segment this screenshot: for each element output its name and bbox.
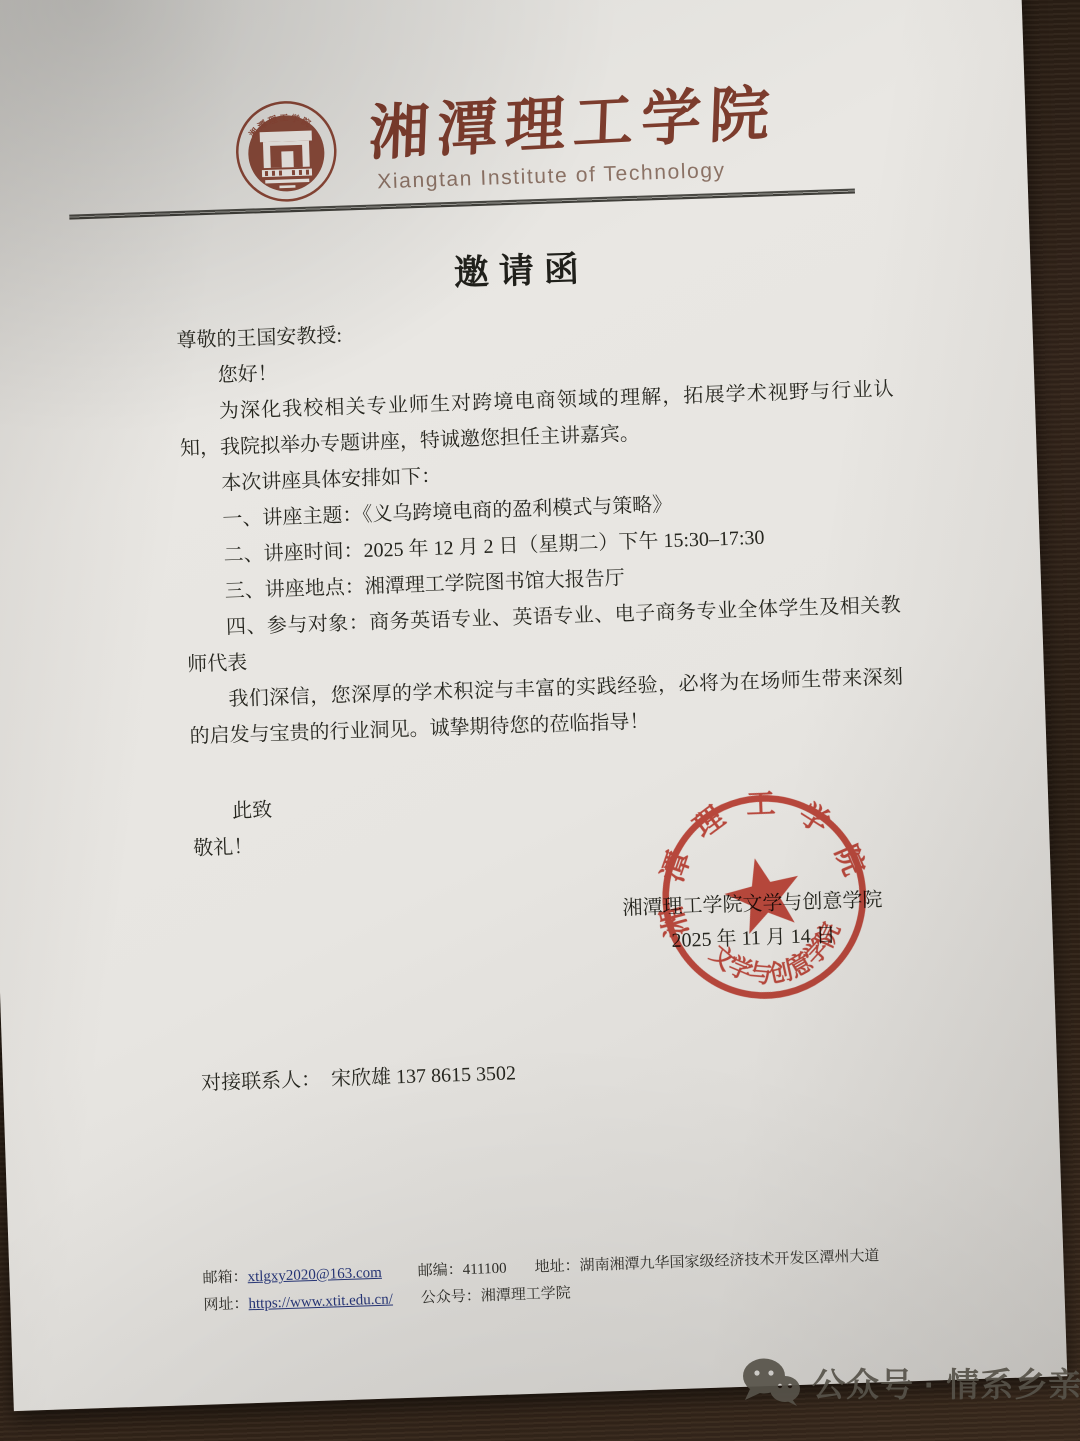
email-link: xtlgxy2020@163.com <box>247 1265 382 1285</box>
seal-star-icon <box>718 849 809 937</box>
postcode-value: 411100 <box>462 1261 506 1278</box>
watermark-text: 公众号 · 情系乡亲 <box>812 1359 1080 1406</box>
footer-contact-block: 邮箱：xtlgxy2020@163.com邮编：411100地址：湖南湘潭九华国… <box>202 1241 963 1320</box>
address-label: 地址： <box>534 1258 580 1275</box>
wechat-account-value: 湘潭理工学院 <box>481 1286 571 1305</box>
header-divider <box>69 189 855 220</box>
school-name-chinese: 湘潭理工学院 <box>368 65 779 172</box>
website-label: 网址： <box>203 1296 249 1313</box>
address-value: 湖南湘潭九华国家级经济技术开发区潭州大道 <box>579 1248 879 1274</box>
wechat-label: 公众号： <box>421 1289 482 1307</box>
photo-of-invitation-letter: 湘潭理工学院 湘潭理工学院 Xiangtan Institute of Tech… <box>0 0 1080 1441</box>
school-badge-logo: 湘潭理工学院 <box>233 98 340 205</box>
contact-line: 对接联系人： 宋欣雄 137 8615 3502 <box>201 1056 517 1095</box>
watermark-overlay: 公众号 · 情系乡亲 <box>740 1356 1080 1408</box>
letter-paper: 湘潭理工学院 湘潭理工学院 Xiangtan Institute of Tech… <box>0 0 1067 1411</box>
letter-title: 邀请函 <box>0 226 1057 312</box>
email-label: 邮箱： <box>202 1269 248 1286</box>
postcode-label: 邮编： <box>417 1262 463 1279</box>
wechat-icon <box>740 1356 802 1408</box>
website-link: https://www.xtit.edu.cn/ <box>248 1291 393 1312</box>
